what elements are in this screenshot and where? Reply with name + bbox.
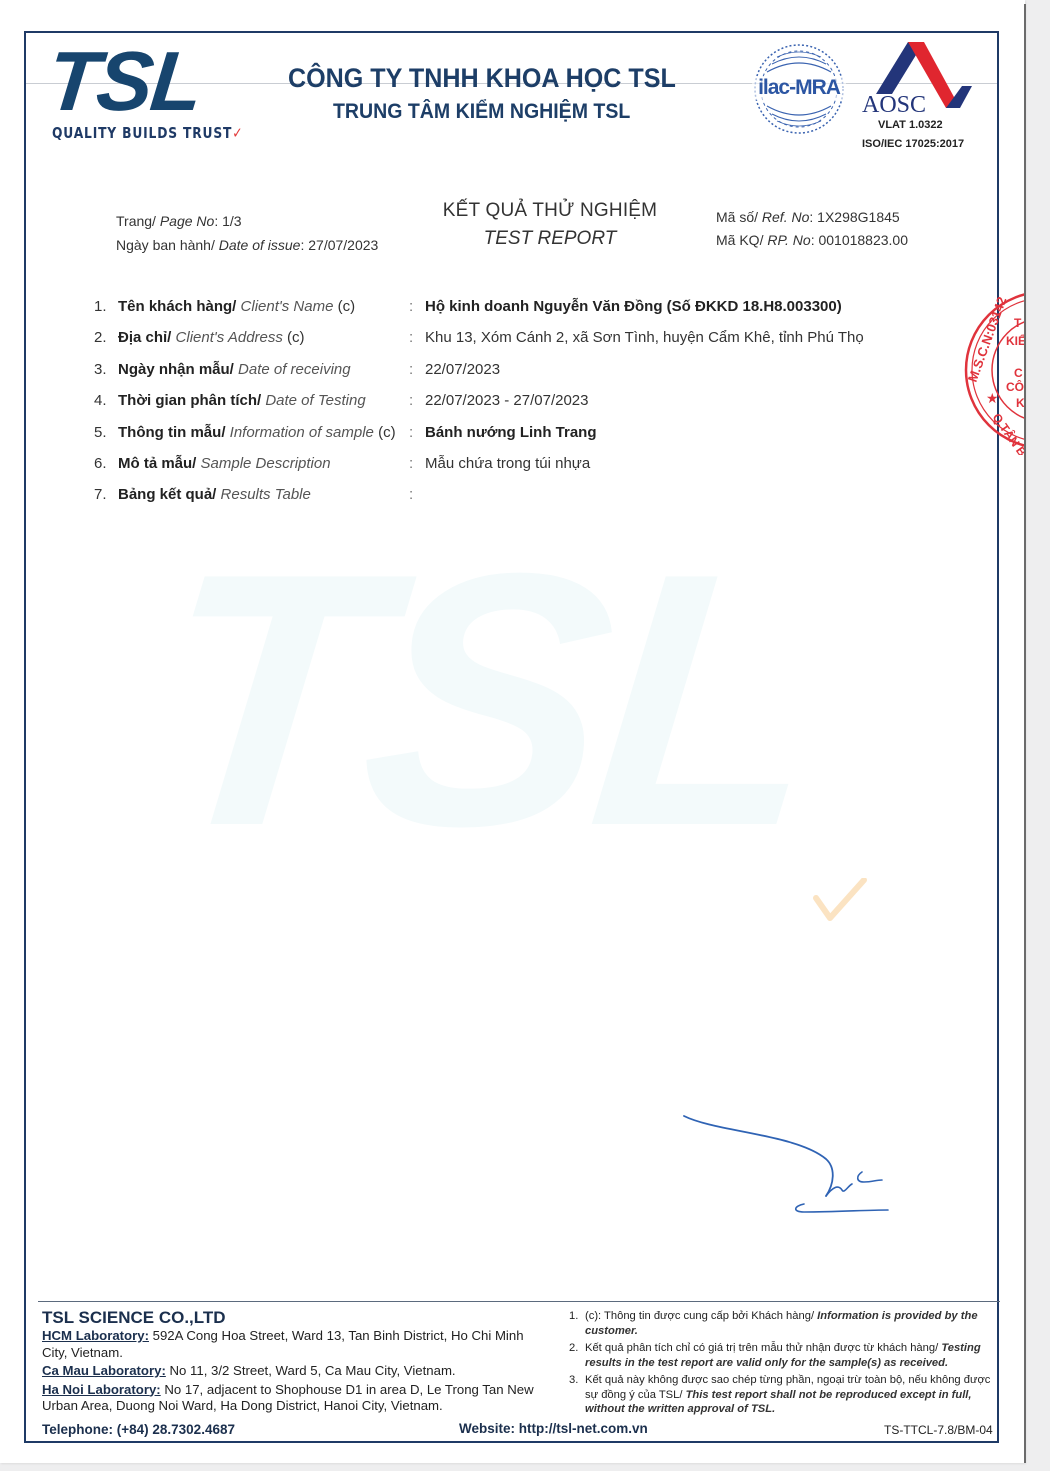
info-label-en: Results Table [221,486,311,503]
info-number: 1. [94,298,114,315]
info-number: 2. [94,329,114,346]
client-name-value: Hộ kinh doanh Nguyễn Văn Đồng (Số ĐKKD 1… [425,298,842,315]
footer-rule [38,1301,1000,1302]
info-label: Ngày nhận mẫu/ Date of receiving [118,361,351,378]
note-vn: Kết quả phân tích chỉ có giá trị trên mẫ… [585,1342,941,1354]
check-icon: ✓ [232,124,243,142]
company-heading: CÔNG TY TNHH KHOA HỌC TSL TRUNG TÂM KIỂM… [288,63,718,124]
aosc-iso: ISO/IEC 17025:2017 [862,138,964,150]
company-name: CÔNG TY TNHH KHOA HỌC TSL [288,63,688,94]
issue-value: : 27/07/2023 [300,237,378,253]
info-number: 6. [94,455,114,472]
tsl-logo: TSL QUALITY BUILDS TRUST✓ [48,40,201,122]
issue-label-vn: Ngày ban hành/ [116,237,219,253]
footer-note: 3.Kết quả này không được sao chép từng p… [569,1373,993,1417]
footer-website: Website: http://tsl-net.com.vn [459,1421,648,1436]
footer-note: 2.Kết quả phân tích chỉ có giá trị trên … [569,1341,993,1370]
testing-date-value: 22/07/2023 - 27/07/2023 [425,392,588,409]
info-label-en: Date of Testing [265,392,365,409]
rp-label-en: RP. No [767,232,810,248]
footer-notes: 1.(c): Thông tin được cung cấp bởi Khách… [569,1309,993,1420]
info-label: Thông tin mẫu/ Information of sample (c) [118,424,396,441]
hcm-lab: HCM Laboratory: 592A Cong Hoa Street, Wa… [42,1328,542,1361]
info-label-vn: Thời gian phân tích/ [118,392,265,409]
report-meta-right: Mã số/ Ref. No: 1X298G1845 Mã KQ/ RP. No… [716,206,908,252]
ref-number: Mã số/ Ref. No: 1X298G1845 [716,206,908,229]
info-label: Thời gian phân tích/ Date of Testing [118,392,366,409]
aosc-label: AOSC [862,92,926,119]
hanoi-lab: Ha Noi Laboratory: No 17, adjacent to Sh… [42,1382,542,1415]
center-name: TRUNG TÂM KIỂM NGHIỆM TSL [333,100,691,124]
info-label-en: Client's Name [241,298,334,315]
ilac-mra-badge: ilac-MRA [752,42,846,136]
info-number: 5. [94,424,114,441]
info-label: Bảng kết quả/ Results Table [118,486,311,503]
lab-name: Ca Mau Laboratory: [42,1363,166,1378]
sample-info-value: Bánh nướng Linh Trang [425,424,597,441]
ref-label-vn: Mã số/ [716,209,762,225]
ref-value: : 1X298G1845 [809,209,899,225]
svg-text:Q.TÂN BÌ: Q.TÂN BÌ [990,410,1024,455]
info-label-en: Date of receiving [238,361,351,378]
report-title-vn: KẾT QUẢ THỬ NGHIỆM [420,200,680,222]
info-label: Địa chỉ/ Client's Address (c) [118,329,305,346]
page-label-vn: Trang/ [116,213,160,229]
svg-text:T: T [1014,316,1022,330]
info-label-suffix: (c) [283,329,305,346]
info-label-vn: Bảng kết quả/ [118,486,221,503]
info-label-vn: Thông tin mẫu/ [118,424,230,441]
svg-text:C: C [1014,366,1023,380]
info-label-en: Information of sample [230,424,374,441]
signature [676,1104,896,1224]
svg-text:★: ★ [986,390,999,406]
company-stamp: M.S.C.N:03142 ★ Q.TÂN BÌ T KIỂ C CÔ K [962,285,1024,455]
watermark-check-icon [812,878,868,922]
report-meta-left: Trang/ Page No: 1/3 Ngày ban hành/ Date … [116,209,378,257]
lab-address: No 11, 3/2 Street, Ward 5, Ca Mau City, … [166,1363,456,1378]
aosc-vlat: VLAT 1.0322 [878,119,943,131]
info-label-en: Sample Description [201,455,331,472]
lab-name: Ha Noi Laboratory: [42,1382,161,1397]
info-label-vn: Tên khách hàng/ [118,298,241,315]
aosc-badge: AOSC VLAT 1.0322 ISO/IEC 17025:2017 [858,40,978,150]
stamp-seal-icon: M.S.C.N:03142 ★ Q.TÂN BÌ T KIỂ C CÔ K [962,285,1024,455]
info-colon: : [409,455,413,472]
page-number: Trang/ Page No: 1/3 [116,209,378,233]
logo-tagline: QUALITY BUILDS TRUST✓ [52,124,243,142]
note-number: 2. [569,1341,578,1356]
ilac-label: ilac-MRA [752,76,846,100]
document-page: TSL TSL QUALITY BUILDS TRUST✓ CÔNG TY TN… [0,0,1025,1463]
info-label-vn: Địa chỉ/ [118,329,176,346]
page-edge [1024,4,1026,1463]
logo-tagline-text: QUALITY BUILDS TRUST [52,124,232,142]
note-vn: (c): Thông tin được cung cấp bởi Khách h… [585,1310,817,1322]
info-colon: : [409,329,413,346]
footer-telephone: Telephone: (+84) 28.7302.4687 [42,1422,235,1437]
info-number: 7. [94,486,114,503]
note-number: 1. [569,1309,578,1324]
info-label: Mô tả mẫu/ Sample Description [118,455,331,472]
info-number: 4. [94,392,114,409]
report-title-en: TEST REPORT [420,228,680,250]
camau-lab: Ca Mau Laboratory: No 11, 3/2 Street, Wa… [42,1363,542,1380]
info-number: 3. [94,361,114,378]
rp-value: : 001018823.00 [811,232,908,248]
receiving-date-value: 22/07/2023 [425,361,500,378]
tsl-watermark: TSL [143,520,938,850]
info-colon: : [409,486,413,503]
page-label-en: Page No [160,213,214,229]
note-number: 3. [569,1373,578,1388]
ref-label-en: Ref. No [762,209,809,225]
info-colon: : [409,361,413,378]
info-label-suffix: (c) [374,424,396,441]
info-label-vn: Mô tả mẫu/ [118,455,201,472]
svg-text:K: K [1016,396,1024,410]
issue-date: Ngày ban hành/ Date of issue: 27/07/2023 [116,233,378,257]
info-colon: : [409,424,413,441]
svg-text:KIỂ: KIỂ [1006,333,1024,348]
info-label: Tên khách hàng/ Client's Name (c) [118,298,355,315]
info-label-vn: Ngày nhận mẫu/ [118,361,238,378]
info-colon: : [409,298,413,315]
report-title: KẾT QUẢ THỬ NGHIỆM TEST REPORT [420,200,680,250]
lab-name: HCM Laboratory: [42,1328,149,1343]
client-address-value: Khu 13, Xóm Cánh 2, xã Sơn Tình, huyện C… [425,329,864,346]
info-label-suffix: (c) [333,298,355,315]
form-code: TS-TTCL-7.8/BM-04 [884,1423,993,1437]
sample-description-value: Mẫu chứa trong túi nhựa [425,455,590,472]
info-colon: : [409,392,413,409]
footer-company-info: TSL SCIENCE CO.,LTD HCM Laboratory: 592A… [42,1308,542,1417]
page-value: : 1/3 [214,213,241,229]
rp-label-vn: Mã KQ/ [716,232,767,248]
footer-company-name: TSL SCIENCE CO.,LTD [42,1308,542,1328]
svg-text:CÔ: CÔ [1006,379,1024,394]
rp-number: Mã KQ/ RP. No: 001018823.00 [716,229,908,252]
footer-note: 1.(c): Thông tin được cung cấp bởi Khách… [569,1309,993,1338]
info-label-en: Client's Address [176,329,283,346]
issue-label-en: Date of issue [219,237,301,253]
logo-mark: TSL [44,40,205,122]
